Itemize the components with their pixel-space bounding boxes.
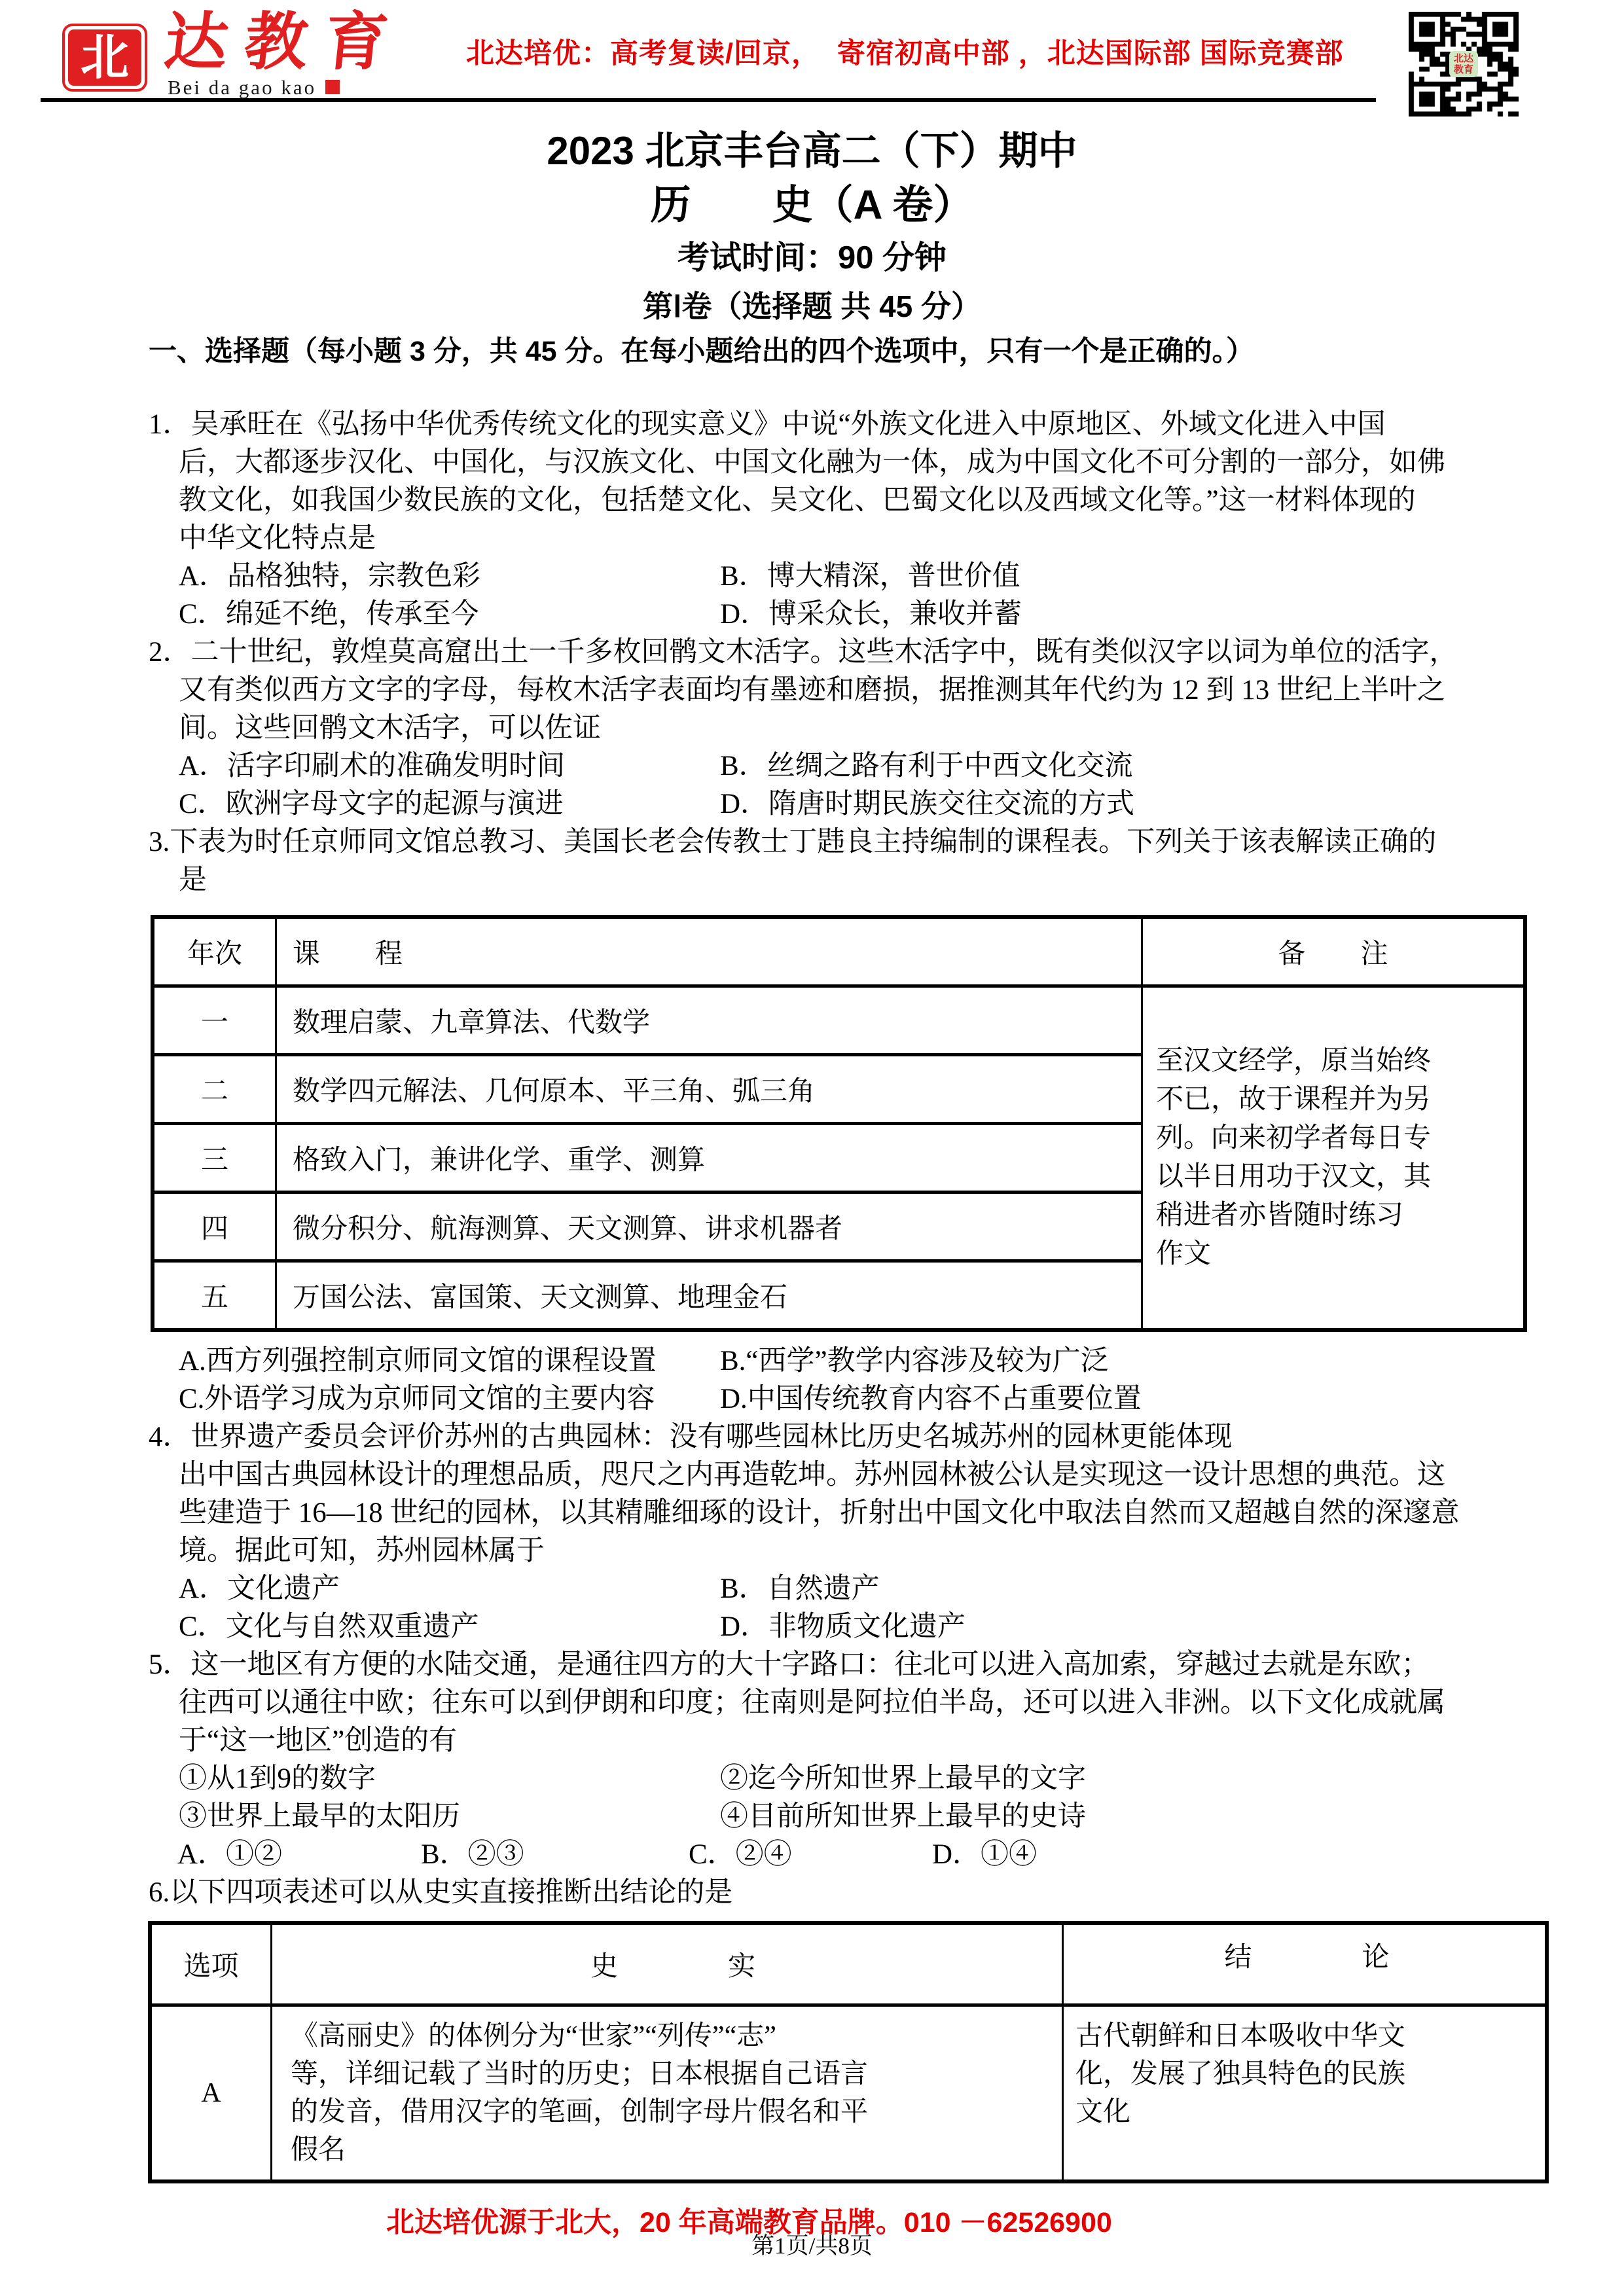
question-line: 些建造于 16—18 世纪的园林，以其精雕细琢的设计，折射出中国文化中取法自然而…: [0, 1494, 1624, 1532]
option-d: D．非物质文化遗产: [720, 1608, 1624, 1646]
option-d: D．①④: [932, 1836, 1037, 1874]
question-line: 1．吴承旺在《弘扬中华优秀传统文化的现实意义》中说“外族文化进入中原地区、外域文…: [0, 406, 1624, 444]
question-line: 中华文化特点是: [0, 520, 1624, 558]
exam-paper-page: 北 达教育 Bei da gao kao 北达培优：高考复读/回京， 寄宿初高中…: [0, 0, 1624, 2296]
option-a: A．①②: [177, 1836, 421, 1874]
question-5: 5．这一地区有方便的水陆交通，是通往四方的大十字路口：往北可以进入高加索，穿越过…: [0, 1646, 1624, 1874]
question-3: 3.下表为时任京师同文馆总教习、美国长老会传教士丁韪良主持编制的课程表。下列关于…: [0, 823, 1624, 899]
sub-item-1: ①从1到9的数字: [179, 1760, 720, 1798]
cell-year: 三: [153, 1124, 276, 1193]
options-row: A.西方列强控制京师同文馆的课程设置 B.“西学”教学内容涉及较为广泛: [0, 1342, 1624, 1380]
options-row: A．文化遗产 B．自然遗产: [0, 1570, 1624, 1608]
question-line: 境。据此可知，苏州园林属于: [0, 1532, 1624, 1570]
cell-option-label: A: [150, 2005, 272, 2182]
table-header-row: 选项 史 实 结 论: [150, 1923, 1547, 2005]
cell-conclusion: 古代朝鲜和日本吸收中华文 化，发展了独具特色的民族 文化: [1063, 2005, 1547, 2182]
options-row: A．活字印刷术的准确发明时间 B．丝绸之路有利于中西文化交流: [0, 747, 1624, 785]
options-row: C．绵延不绝，传承至今 D．博采众长，兼收并蓄: [0, 596, 1624, 634]
option-d: D.中国传统教育内容不占重要位置: [720, 1380, 1624, 1418]
header-note: 备 注: [1142, 917, 1526, 986]
question-line: 3.下表为时任京师同文馆总教习、美国长老会传教士丁韪良主持编制的课程表。下列关于…: [0, 823, 1624, 861]
option-b: B．②③: [421, 1836, 689, 1874]
table-header-row: 年次 课 程 备 注: [153, 917, 1525, 986]
header-conclusion: 结 论: [1063, 1923, 1547, 2005]
question-line: 往西可以通往中欧；往东可以到伊朗和印度；往南则是阿拉伯半岛，还可以进入非洲。以下…: [0, 1684, 1624, 1722]
main-content: 2023 北京丰台高二（下）期中 历 史（A 卷） 考试时间：90 分钟 第Ⅰ卷…: [0, 0, 1624, 2183]
header-fact: 史 实: [272, 1923, 1063, 2005]
note-line: 不已，故于课程并为另: [1156, 1081, 1513, 1119]
note-line: 列。向来初学者每日专: [1156, 1119, 1513, 1158]
sub-item-3: ③世界上最早的太阳历: [179, 1798, 720, 1836]
option-b: B．丝绸之路有利于中西文化交流: [720, 747, 1624, 785]
cell-year: 一: [153, 986, 276, 1055]
fact-line: 《高丽史》的体例分为“世家”“列传”“志”: [291, 2017, 1055, 2055]
note-line: 至汉文经学，原当始终: [1156, 1042, 1513, 1081]
question-line: 5．这一地区有方便的水陆交通，是通往四方的大十字路口：往北可以进入高加索，穿越过…: [0, 1646, 1624, 1684]
exam-duration: 考试时间：90 分钟: [0, 233, 1624, 283]
question-line: 教文化，如我国少数民族的文化，包括楚文化、吴文化、巴蜀文化以及西域文化等。”这一…: [0, 482, 1624, 520]
option-a: A．文化遗产: [179, 1570, 720, 1608]
cell-year: 四: [153, 1193, 276, 1261]
header-course: 课 程: [276, 917, 1142, 986]
option-c: C．文化与自然双重遗产: [179, 1608, 720, 1646]
option-c: C．②④: [689, 1836, 932, 1874]
fact-conclusion-table: 选项 史 实 结 论 A 《高丽史》的体例分为“世家”“列传”“志” 等，详细记…: [148, 1921, 1549, 2183]
cell-note: 至汉文经学，原当始终 不已，故于课程并为另 列。向来初学者每日专 以半日用功于汉…: [1142, 986, 1526, 1331]
option-c: C．欧洲字母文字的起源与演进: [179, 785, 720, 823]
sub-items-row: ③世界上最早的太阳历 ④目前所知世界上最早的史诗: [0, 1798, 1624, 1836]
fact-line: 等，详细记载了当时的历史；日本根据自己语言: [291, 2055, 1055, 2093]
note-line: 稍进者亦皆随时练习: [1156, 1196, 1513, 1235]
option-a: A.西方列强控制京师同文馆的课程设置: [179, 1342, 720, 1380]
option-b: B．博大精深，普世价值: [720, 558, 1624, 596]
options-row: A．①② B．②③ C．②④ D．①④: [0, 1836, 1624, 1874]
question-4: 4．世界遗产委员会评价苏州的古典园林：没有哪些园林比历史名城苏州的园林更能体现 …: [0, 1418, 1624, 1646]
sub-item-2: ②迄今所知世界上最早的文字: [720, 1760, 1624, 1798]
cell-year: 二: [153, 1055, 276, 1124]
fact-line: 的发音，借用汉字的笔画，创制字母片假名和平: [291, 2093, 1055, 2131]
options-row: A．品格独特，宗教色彩 B．博大精深，普世价值: [0, 558, 1624, 596]
note-line: 以半日用功于汉文，其: [1156, 1158, 1513, 1196]
exam-title: 2023 北京丰台高二（下）期中: [0, 124, 1624, 178]
option-b: B．自然遗产: [720, 1570, 1624, 1608]
option-d: D．博采众长，兼收并蓄: [720, 596, 1624, 634]
sub-item-4: ④目前所知世界上最早的史诗: [720, 1798, 1624, 1836]
curriculum-table: 年次 课 程 备 注 一 数理启蒙、九章算法、代数学 至汉文经学，原当始终 不已…: [151, 915, 1527, 1332]
questions-block: 1．吴承旺在《弘扬中华优秀传统文化的现实意义》中说“外族文化进入中原地区、外域文…: [0, 406, 1624, 2183]
header-option: 选项: [150, 1923, 272, 2005]
cell-course: 微分积分、航海测算、天文测算、讲求机器者: [276, 1193, 1142, 1261]
question-3-options: A.西方列强控制京师同文馆的课程设置 B.“西学”教学内容涉及较为广泛 C.外语…: [0, 1342, 1624, 1418]
header-year: 年次: [153, 917, 276, 986]
option-b: B.“西学”教学内容涉及较为广泛: [720, 1342, 1624, 1380]
question-line: 于“这一地区”创造的有: [0, 1722, 1624, 1760]
question-line: 6.以下四项表述可以从史实直接推断出结论的是: [0, 1874, 1624, 1912]
question-line: 4．世界遗产委员会评价苏州的古典园林：没有哪些园林比历史名城苏州的园林更能体现: [0, 1418, 1624, 1456]
cell-course: 数理启蒙、九章算法、代数学: [276, 986, 1142, 1055]
cell-course: 万国公法、富国策、天文测算、地理金石: [276, 1261, 1142, 1331]
option-a: A．品格独特，宗教色彩: [179, 558, 720, 596]
section-heading: 第Ⅰ卷（选择题 共 45 分）: [0, 283, 1624, 330]
options-row: C．文化与自然双重遗产 D．非物质文化遗产: [0, 1608, 1624, 1646]
options-row: C.外语学习成为京师同文馆的主要内容 D.中国传统教育内容不占重要位置: [0, 1380, 1624, 1418]
option-a: A．活字印刷术的准确发明时间: [179, 747, 720, 785]
question-line: 又有类似西方文字的字母，每枚木活字表面均有墨迹和磨损，据推测其年代约为 12 到…: [0, 672, 1624, 709]
conclusion-line: 古代朝鲜和日本吸收中华文: [1075, 2017, 1538, 2055]
question-line: 2．二十世纪，敦煌莫高窟出土一千多枚回鹘文木活字。这些木活字中，既有类似汉字以词…: [0, 634, 1624, 672]
question-line: 间。这些回鹘文木活字，可以佐证: [0, 709, 1624, 747]
exam-subject: 历 史（A 卷）: [0, 178, 1624, 233]
cell-fact: 《高丽史》的体例分为“世家”“列传”“志” 等，详细记载了当时的历史；日本根据自…: [272, 2005, 1063, 2182]
question-line: 是: [0, 861, 1624, 899]
options-row: C．欧洲字母文字的起源与演进 D．隋唐时期民族交往交流的方式: [0, 785, 1624, 823]
question-1: 1．吴承旺在《弘扬中华优秀传统文化的现实意义》中说“外族文化进入中原地区、外域文…: [0, 406, 1624, 634]
question-line: 后，大都逐步汉化、中国化，与汉族文化、中国文化融为一体，成为中国文化不可分割的一…: [0, 444, 1624, 482]
note-line: 作文: [1156, 1235, 1513, 1274]
table-row: A 《高丽史》的体例分为“世家”“列传”“志” 等，详细记载了当时的历史；日本根…: [150, 2005, 1547, 2182]
option-d: D．隋唐时期民族交往交流的方式: [720, 785, 1624, 823]
option-c: C.外语学习成为京师同文馆的主要内容: [179, 1380, 720, 1418]
table-row: 一 数理启蒙、九章算法、代数学 至汉文经学，原当始终 不已，故于课程并为另 列。…: [153, 986, 1525, 1055]
cell-course: 数学四元解法、几何原本、平三角、弧三角: [276, 1055, 1142, 1124]
conclusion-line: 文化: [1075, 2093, 1538, 2131]
question-6: 6.以下四项表述可以从史实直接推断出结论的是: [0, 1874, 1624, 1912]
cell-year: 五: [153, 1261, 276, 1331]
fact-line: 假名: [291, 2131, 1055, 2169]
cell-course: 格致入门，兼讲化学、重学、测算: [276, 1124, 1142, 1193]
page-number: 第1页/共8页: [0, 2228, 1624, 2261]
question-2: 2．二十世纪，敦煌莫高窟出土一千多枚回鹘文木活字。这些木活字中，既有类似汉字以词…: [0, 634, 1624, 823]
question-line: 出中国古典园林设计的理想品质，咫尺之内再造乾坤。苏州园林被公认是实现这一设计思想…: [0, 1456, 1624, 1494]
sub-items-row: ①从1到9的数字 ②迄今所知世界上最早的文字: [0, 1760, 1624, 1798]
section-instructions: 一、选择题（每小题 3 分，共 45 分。在每小题给出的四个选项中，只有一个是正…: [0, 330, 1624, 373]
option-c: C．绵延不绝，传承至今: [179, 596, 720, 634]
conclusion-line: 化，发展了独具特色的民族: [1075, 2055, 1538, 2093]
